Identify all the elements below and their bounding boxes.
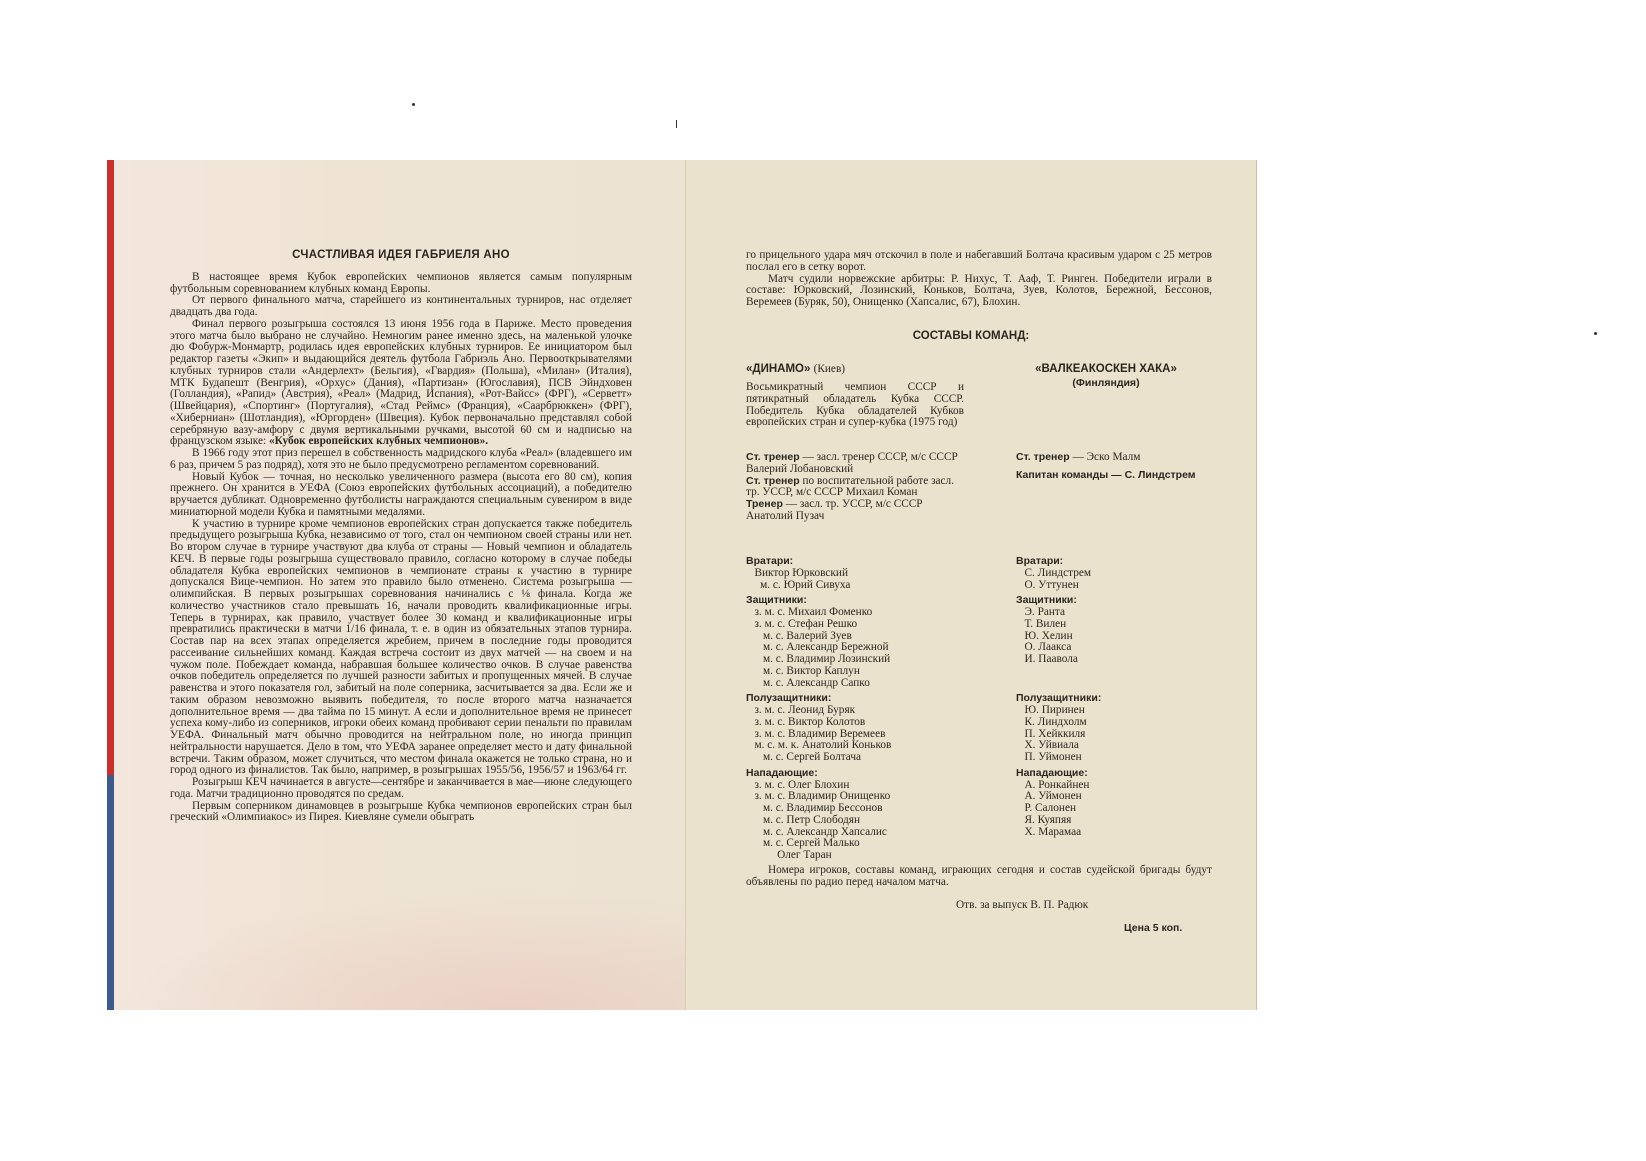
team2-heading: «ВАЛКЕАКОСКЕН ХАКА» (Финляндия) [1016, 363, 1196, 389]
player: м. с. Владимир Лозинский [746, 654, 891, 666]
team2-country: (Финляндия) [1016, 377, 1196, 389]
left-page: СЧАСТЛИВАЯ ИДЕЯ ГАБРИЕЛЯ АНО В настоящее… [112, 160, 685, 1010]
player: з. м. с. Стефан Решко [746, 619, 891, 631]
paragraph: Финал первого розыгрыша состоялся 13 июн… [170, 319, 632, 448]
team1-roster: Вратари: Виктор Юрковский м. с. Юрий Сив… [746, 552, 891, 862]
paragraph-text: Финал первого розыгрыша состоялся 13 июн… [170, 318, 632, 448]
team1-staff: Ст. тренер — засл. тренер СССР, м/с СССР… [746, 452, 964, 523]
player: з. м. с. Леонид Буряк [746, 705, 891, 717]
section-title: СОСТАВЫ КОМАНД: [686, 330, 1256, 342]
player: Т. Вилен [1016, 619, 1101, 631]
team1-city: (Киев) [814, 363, 845, 375]
paragraph: К участию в турнире кроме чемпионов евро… [170, 519, 632, 778]
player: О. Уттунен [1016, 580, 1101, 592]
price: Цена 5 коп. [1124, 922, 1182, 934]
staff-sep: — [800, 451, 817, 463]
player: Р. Салонен [1016, 803, 1101, 815]
player: м. с. Владимир Бессонов [746, 803, 891, 815]
speck [412, 103, 415, 106]
staff-text: — Эско Малм [1070, 451, 1141, 463]
match-report: го прицельного удара мяч отскочил в поле… [746, 250, 1212, 309]
paragraph: От первого финального матча, старейшего … [170, 295, 632, 319]
player: К. Линдхолм [1016, 717, 1101, 729]
player: з. м. с. Михаил Фоменко [746, 607, 891, 619]
staff-role: Ст. тренер [1016, 451, 1070, 463]
paragraph: го прицельного удара мяч отскочил в поле… [746, 250, 1212, 274]
team2-roster: Вратари: С. Линдстрем О. Уттунен Защитни… [1016, 552, 1101, 838]
paragraph: Матч судили норвежские арбитры: Р. Нихус… [746, 274, 1212, 309]
article: СЧАСТЛИВАЯ ИДЕЯ ГАБРИЕЛЯ АНО В настоящее… [170, 250, 632, 824]
player: м. с. Петр Слободян [746, 815, 891, 827]
page-stain [112, 890, 685, 1010]
paragraph: В 1966 году этот приз перешел в собствен… [170, 448, 632, 472]
paragraph: В настоящее время Кубок европейских чемп… [170, 272, 632, 296]
player: м. с. Александр Сапко [746, 678, 891, 690]
staff-role: Капитан команды [1016, 469, 1108, 481]
team2-coach: Ст. тренер — Эско Малм [1016, 452, 1140, 464]
staff-row: Тренер — засл. тр. УССР, м/с СССР Анатол… [746, 499, 964, 523]
paragraph: Новый Кубок — точная, но несколько увели… [170, 472, 632, 519]
player: з. м. с. Виктор Колотов [746, 717, 891, 729]
staff-role: Ст. тренер [746, 451, 800, 463]
staff-sep: — [783, 498, 800, 510]
player: Виктор Юрковский [746, 568, 891, 580]
staff-role: Тренер [746, 498, 783, 510]
team1-description: Восьмикратный чемпион СССР и пятикратный… [746, 382, 964, 429]
staff-role: Ст. тренер [746, 475, 800, 487]
speck [676, 120, 677, 128]
paragraph: Первым соперником динамовцев в розыгрыше… [170, 801, 632, 825]
roster-section-label: Нападающие: [746, 768, 891, 780]
player: Ю. Пиринен [1016, 705, 1101, 717]
player: П. Уймонен [1016, 752, 1101, 764]
staff-row: Ст. тренер — засл. тренер СССР, м/с СССР… [746, 452, 964, 476]
paragraph: Розыгрыш КЕЧ начинается в августе—сентяб… [170, 777, 632, 801]
announcement-note: Номера игроков, составы команд, играющих… [746, 865, 1212, 889]
player: м. с. Юрий Сивуха [746, 580, 891, 592]
player: м. с. Виктор Каплун [746, 666, 891, 678]
team2-name: «ВАЛКЕАКОСКЕН ХАКА» [1016, 363, 1196, 375]
player: Х. Марамаа [1016, 827, 1101, 839]
roster-section-label: Нападающие: [1016, 768, 1101, 780]
right-page: го прицельного удара мяч отскочил в поле… [685, 160, 1257, 1010]
responsible-editor: Отв. за выпуск В. П. Радюк [956, 900, 1088, 912]
player: Олег Таран [746, 850, 891, 862]
article-title: СЧАСТЛИВАЯ ИДЕЯ ГАБРИЕЛЯ АНО [170, 250, 632, 262]
player: Я. Куяпяя [1016, 815, 1101, 827]
speck [1594, 332, 1597, 335]
player: С. Линдстрем [1016, 568, 1101, 580]
staff-row: Ст. тренер по воспитательной работе засл… [746, 476, 964, 500]
staff-text: — С. Линдстрем [1108, 469, 1195, 481]
roster-section-label: Вратари: [1016, 556, 1101, 568]
team1-heading: «ДИНАМО» (Киев) [746, 363, 845, 375]
player: м. с. Сергей Болтача [746, 752, 891, 764]
roster-section-label: Вратари: [746, 556, 891, 568]
player: Э. Ранта [1016, 607, 1101, 619]
trophy-inscription: «Кубок европейских клубных чемпионов». [269, 435, 488, 447]
player: И. Паавола [1016, 654, 1101, 666]
red-edge-stripe [107, 160, 114, 775]
team1-name: «ДИНАМО» [746, 363, 810, 375]
team2-captain: Капитан команды — С. Линдстрем [1016, 470, 1196, 482]
